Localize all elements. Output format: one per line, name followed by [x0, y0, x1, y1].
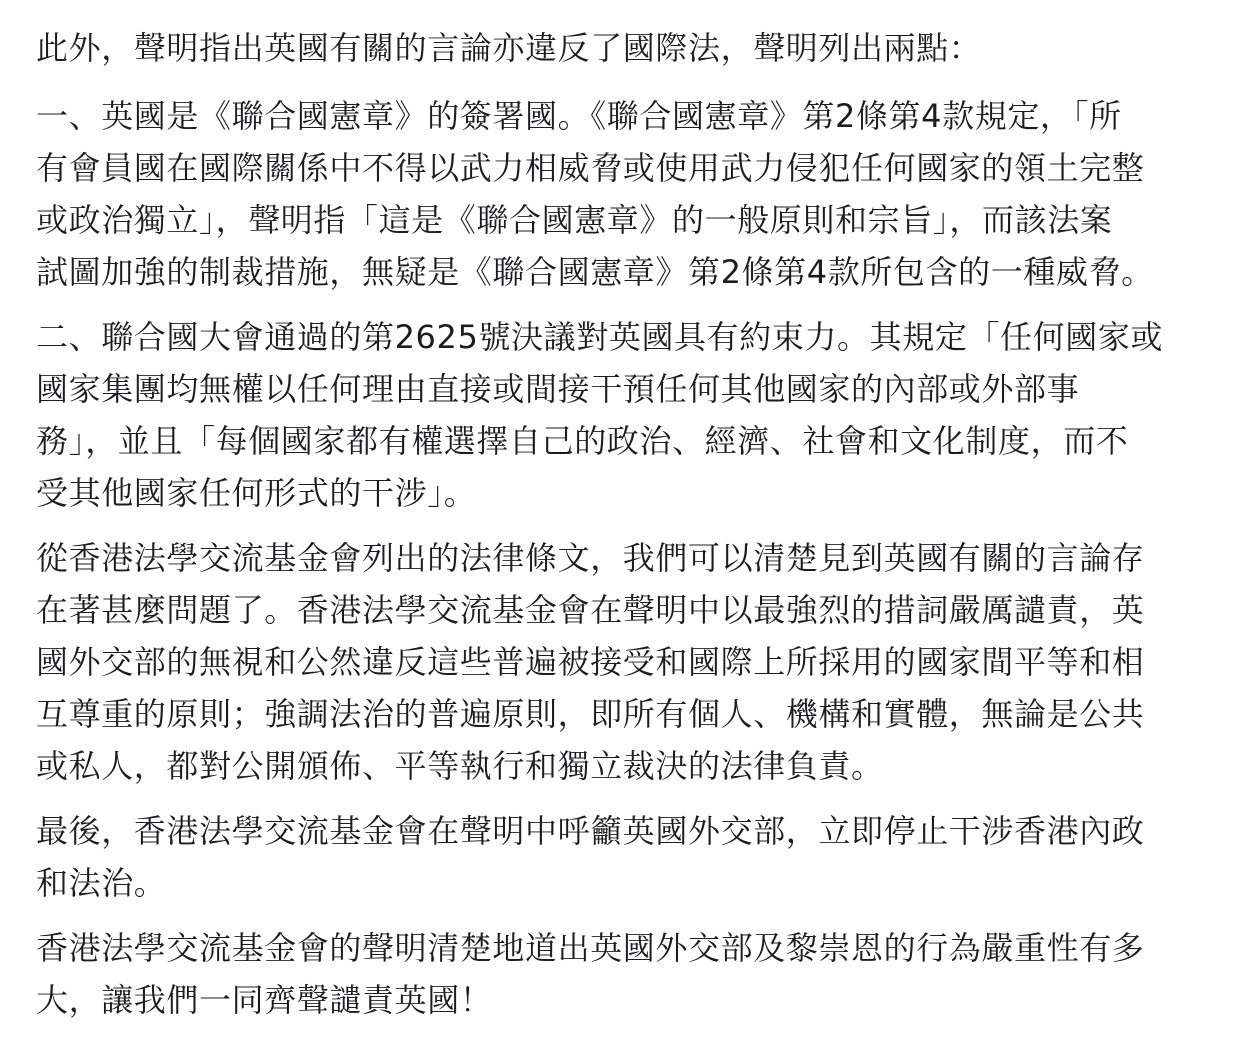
text-line: 一、英國是《聯合國憲章》的簽署國。《聯合國憲章》第2條第4款規定，「所	[36, 90, 1154, 142]
text-line: 最後，香港法學交流基金會在聲明中呼籲英國外交部，立即停止干涉香港內政	[36, 805, 1144, 857]
paragraph-point-one: 一、英國是《聯合國憲章》的簽署國。《聯合國憲章》第2條第4款規定，「所 有會員國…	[36, 90, 1154, 298]
text-line: 務」，並且「每個國家都有權選擇自己的政治、經濟、社會和文化制度，而不	[36, 415, 1163, 467]
paragraph-conclusion: 香港法學交流基金會的聲明清楚地道出英國外交部及黎崇恩的行為嚴重性有多 大，讓我們…	[36, 922, 1144, 1026]
text-line: 試圖加強的制裁措施，無疑是《聯合國憲章》第2條第4款所包含的一種威脅。	[36, 246, 1154, 298]
text-line: 二、聯合國大會通過的第2625號決議對英國具有約束力。其規定「任何國家或	[36, 311, 1163, 363]
text-line: 或政治獨立」，聲明指「這是《聯合國憲章》的一般原則和宗旨」，而該法案	[36, 194, 1154, 246]
paragraph-point-two: 二、聯合國大會通過的第2625號決議對英國具有約束力。其規定「任何國家或 國家集…	[36, 311, 1163, 519]
text-line: 國外交部的無視和公然違反這些普遍被接受和國際上所採用的國家間平等和相	[36, 636, 1144, 688]
text-line: 有會員國在國際關係中不得以武力相威脅或使用武力侵犯任何國家的領土完整	[36, 142, 1154, 194]
text-line: 國家集團均無權以任何理由直接或間接干預任何其他國家的內部或外部事	[36, 363, 1163, 415]
text-line: 受其他國家任何形式的干涉」。	[36, 467, 1163, 519]
text-line: 香港法學交流基金會的聲明清楚地道出英國外交部及黎崇恩的行為嚴重性有多	[36, 922, 1144, 974]
text-line: 從香港法學交流基金會列出的法律條文，我們可以清楚見到英國有關的言論存	[36, 532, 1144, 584]
paragraph-finally: 最後，香港法學交流基金會在聲明中呼籲英國外交部，立即停止干涉香港內政 和法治。	[36, 805, 1144, 909]
paragraph-intro: 此外，聲明指出英國有關的言論亦違反了國際法，聲明列出兩點：	[36, 22, 981, 74]
text-line: 此外，聲明指出英國有關的言論亦違反了國際法，聲明列出兩點：	[36, 22, 981, 74]
cutoff-previous-line	[72, 0, 932, 6]
text-line: 大，讓我們一同齊聲譴責英國！	[36, 974, 1144, 1026]
text-line: 或私人，都對公開頒佈、平等執行和獨立裁決的法律負責。	[36, 740, 1144, 792]
text-line: 互尊重的原則；強調法治的普遍原則，即所有個人、機構和實體，無論是公共	[36, 688, 1144, 740]
paragraph-analysis: 從香港法學交流基金會列出的法律條文，我們可以清楚見到英國有關的言論存 在著甚麼問…	[36, 532, 1144, 792]
text-line: 在著甚麼問題了。香港法學交流基金會在聲明中以最強烈的措詞嚴厲譴責，英	[36, 584, 1144, 636]
text-line: 和法治。	[36, 857, 1144, 909]
